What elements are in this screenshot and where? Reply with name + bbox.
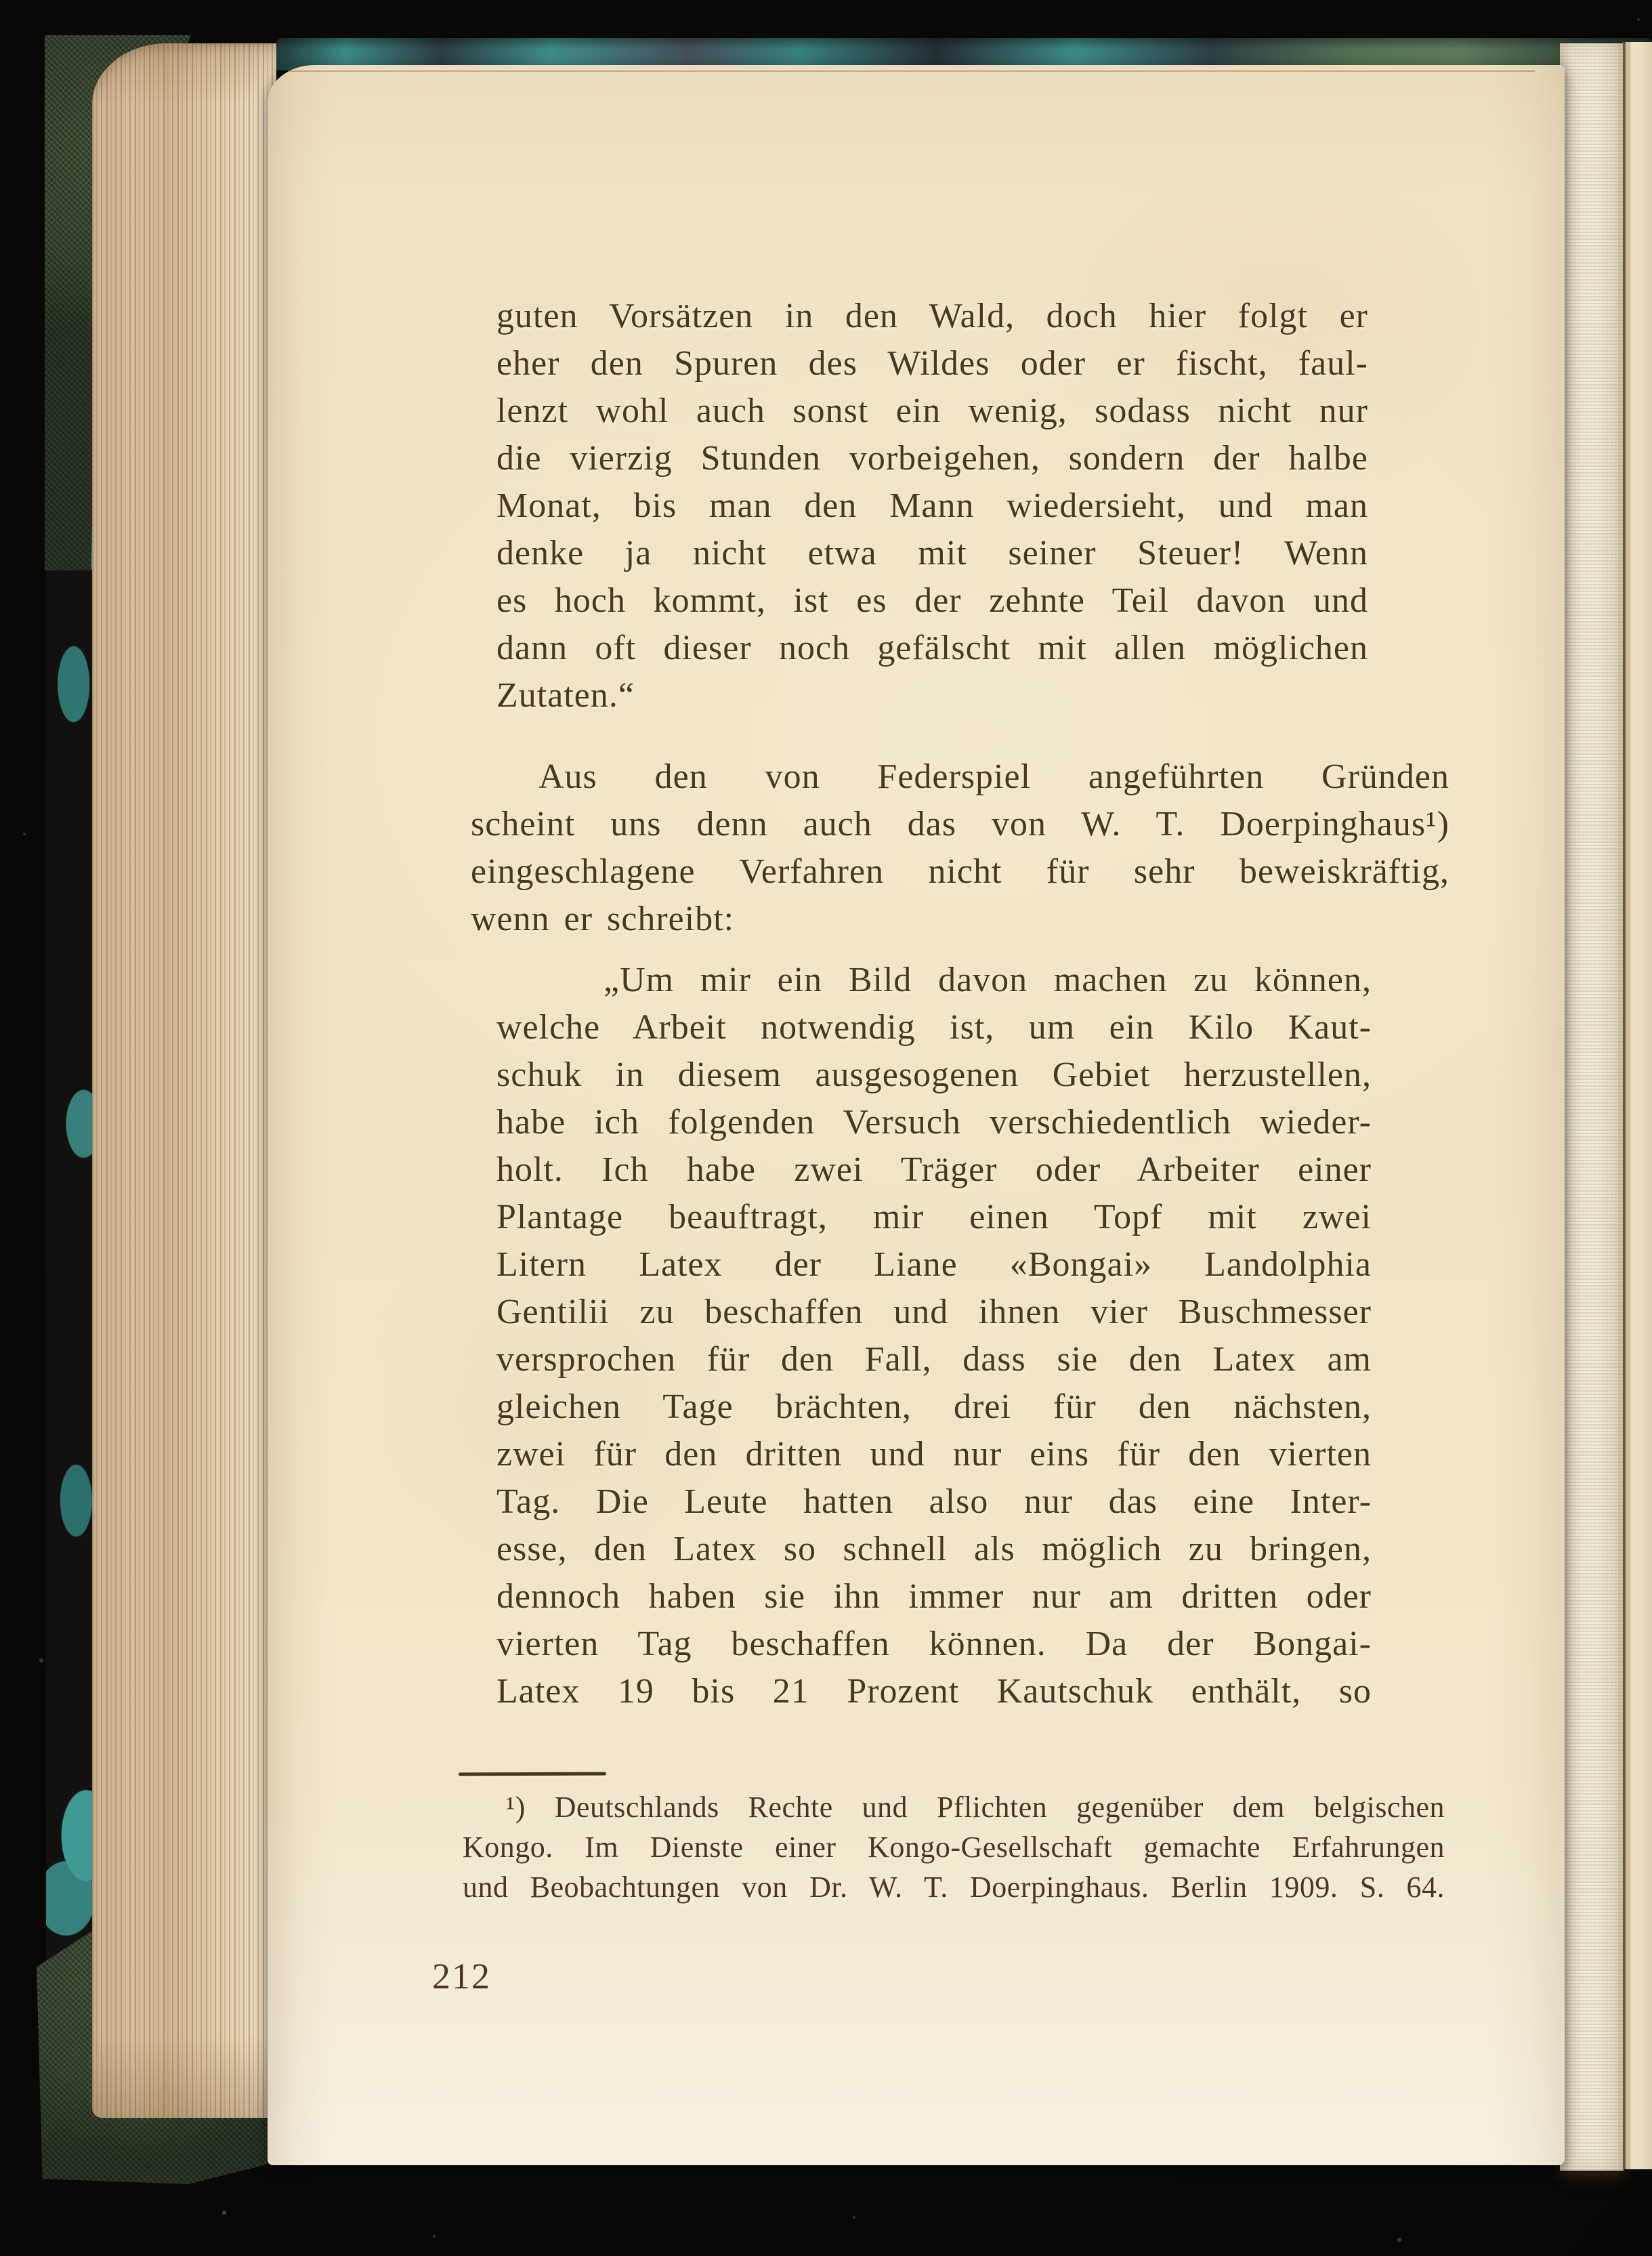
text-line: es hoch kommt, ist es der zehnte Teil da… — [496, 577, 1368, 625]
text-line: Aus den von Federspiel angeführten Gründ… — [471, 753, 1449, 801]
text-line: Plantage beauftragt, mir einen Topf mit … — [496, 1194, 1372, 1241]
page-edge-hairline — [288, 70, 1535, 72]
page-number: 212 — [432, 1955, 491, 1997]
text-line: Zutaten.“ — [496, 672, 1368, 719]
binding-cloth-strip — [1560, 43, 1624, 2171]
book-page: guten Vorsätzen in den Wald, doch hier f… — [268, 65, 1565, 2165]
dust-specks — [0, 0, 1, 1]
quote-block-doerpinghaus: „Um mir ein Bild davon machen zu können,… — [496, 957, 1372, 1715]
text-line: dennoch haben sie ihn immer nur am dritt… — [496, 1573, 1372, 1621]
text-line: scheint uns denn auch das von W. T. Doer… — [471, 801, 1449, 848]
text-line: guten Vorsätzen in den Wald, doch hier f… — [496, 293, 1368, 340]
text-line: Monat, bis man den Mann wiedersieht, und… — [496, 482, 1368, 530]
text-line: die vierzig Stunden vorbeigehen, sondern… — [496, 435, 1368, 482]
text-line: versprochen für den Fall, dass sie den L… — [496, 1336, 1372, 1383]
text-line: Litern Latex der Liane «Bongai» Landolph… — [496, 1241, 1372, 1289]
quote-block-continued: guten Vorsätzen in den Wald, doch hier f… — [496, 293, 1368, 719]
text-line: zwei für den dritten und nur eins für de… — [496, 1431, 1372, 1478]
text-line: und Beobachtungen von Dr. W. T. Doerping… — [463, 1867, 1445, 1907]
text-line: wenn er schreibt: — [471, 896, 1449, 943]
text-line: esse, den Latex so schnell als möglich z… — [496, 1526, 1372, 1573]
text-line: welche Arbeit notwendig ist, um ein Kilo… — [496, 1004, 1372, 1051]
text-line: dann oft dieser noch gefälscht mit allen… — [496, 625, 1368, 672]
text-line: eher den Spuren des Wildes oder er fisch… — [496, 340, 1368, 388]
text-line: gleichen Tage brächten, drei für den näc… — [496, 1383, 1372, 1431]
facing-page-edge — [1623, 42, 1652, 2169]
text-line: denke ja nicht etwa mit seiner Steuer! W… — [496, 530, 1368, 577]
footnote-separator — [459, 1772, 606, 1776]
text-line: eingeschlagene Verfahren nicht für sehr … — [471, 848, 1449, 896]
body-paragraph: Aus den von Federspiel angeführten Gründ… — [471, 753, 1449, 943]
book-scan: guten Vorsätzen in den Wald, doch hier f… — [0, 0, 1652, 2256]
text-line: „Um mir ein Bild davon machen zu können, — [496, 957, 1372, 1004]
text-line: Latex 19 bis 21 Prozent Kautschuk enthäl… — [496, 1668, 1372, 1715]
text-line: holt. Ich habe zwei Träger oder Arbeiter… — [496, 1146, 1372, 1194]
footnote: ¹) Deutschlands Rechte und Pflichten geg… — [463, 1787, 1445, 1907]
text-line: schuk in diesem ausgesogenen Gebiet herz… — [496, 1051, 1372, 1099]
text-line: habe ich folgenden Versuch verschiedentl… — [496, 1099, 1372, 1146]
text-line: ¹) Deutschlands Rechte und Pflichten geg… — [463, 1787, 1445, 1827]
page-stack-edges — [92, 43, 276, 2118]
text-line: lenzt wohl auch sonst ein wenig, sodass … — [496, 388, 1368, 435]
text-line: Gentilii zu beschaffen und ihnen vier Bu… — [496, 1289, 1372, 1336]
text-line: Tag. Die Leute hatten also nur das eine … — [496, 1478, 1372, 1526]
text-line: Kongo. Im Dienste einer Kongo-Gesellscha… — [463, 1827, 1445, 1867]
text-line: vierten Tag beschaffen können. Da der Bo… — [496, 1621, 1372, 1668]
